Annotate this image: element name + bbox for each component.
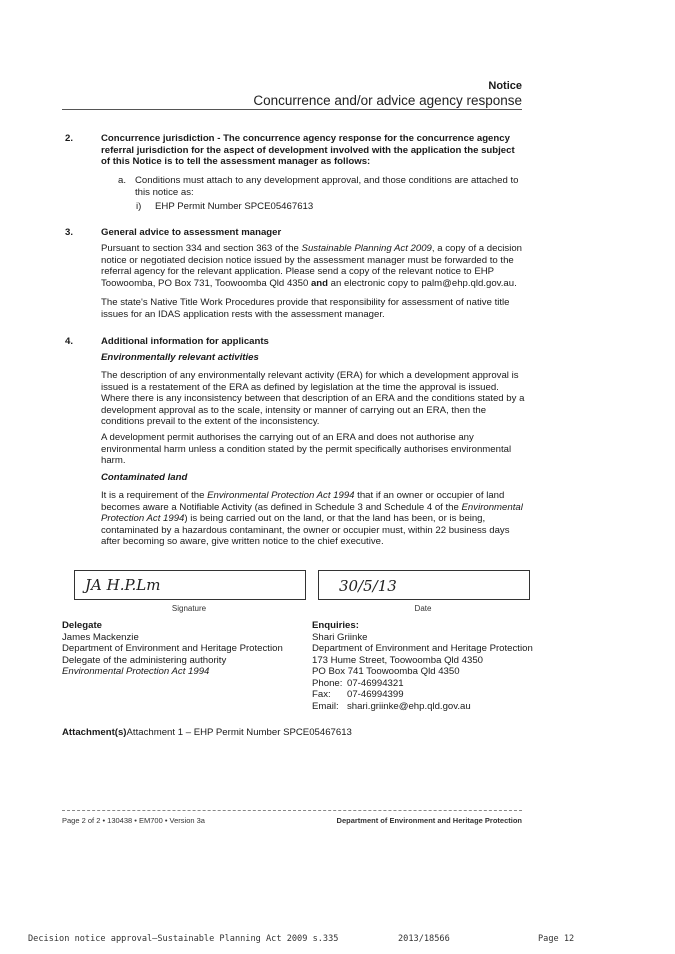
- permit-paragraph: A development permit authorises the carr…: [101, 432, 529, 467]
- section-3-paragraph-1: Pursuant to section 334 and section 363 …: [101, 243, 529, 289]
- date-value: 30/5/13: [339, 577, 397, 595]
- delegate-block: Delegate James Mackenzie Department of E…: [62, 620, 283, 678]
- section-2-heading: Concurrence jurisdiction - The concurren…: [101, 133, 526, 168]
- item-i-marker: i): [136, 201, 141, 213]
- fax-value: 07-46994399: [347, 689, 471, 701]
- delegate-department: Department of Environment and Heritage P…: [62, 643, 283, 655]
- attachments-line: Attachment(s)Attachment 1 – EHP Permit N…: [62, 727, 352, 739]
- email-label: Email:: [312, 701, 347, 713]
- signature-box: JA H.P.Lm: [74, 570, 306, 600]
- era-subheading: Environmentally relevant activities: [101, 352, 259, 364]
- section-4-heading: Additional information for applicants: [101, 336, 269, 348]
- signature-value: JA H.P.Lm: [85, 576, 160, 594]
- permit-reference: EHP Permit Number SPCE05467613: [155, 201, 313, 213]
- attachments-text: Attachment 1 – EHP Permit Number SPCE054…: [127, 727, 352, 738]
- enquiries-label: Enquiries:: [312, 620, 533, 632]
- section-3-paragraph-2: The state's Native Title Work Procedures…: [101, 297, 529, 320]
- item-a-text: Conditions must attach to any developmen…: [135, 175, 525, 198]
- section-2-number: 2.: [65, 133, 73, 144]
- footer-divider: [62, 810, 522, 811]
- section-3-number: 3.: [65, 227, 73, 238]
- delegate-act: Environmental Protection Act 1994: [62, 666, 283, 678]
- delegate-label: Delegate: [62, 620, 283, 632]
- notice-label: Notice: [488, 80, 522, 92]
- phone-label: Phone:: [312, 678, 347, 690]
- document-title: Concurrence and/or advice agency respons…: [253, 93, 522, 108]
- section-4-number: 4.: [65, 336, 73, 347]
- enquiries-block: Enquiries: Shari Griinke Department of E…: [312, 620, 533, 712]
- delegate-role: Delegate of the administering authority: [62, 655, 283, 667]
- email-value: shari.griinke@ehp.qld.gov.au: [347, 701, 471, 713]
- contaminated-land-subheading: Contaminated land: [101, 472, 187, 484]
- attachments-label: Attachment(s): [62, 727, 127, 738]
- item-a-marker: a.: [118, 175, 126, 187]
- page-footer-title: Decision notice approval—Sustainable Pla…: [28, 934, 338, 944]
- footer-page-info: Page 2 of 2 • 130438 • EM700 • Version 3…: [62, 816, 205, 825]
- date-box: 30/5/13: [318, 570, 530, 600]
- delegate-name: James Mackenzie: [62, 632, 283, 644]
- page-footer-reference: 2013/18566: [398, 934, 450, 944]
- header-divider: [62, 109, 522, 110]
- date-label: Date: [318, 604, 528, 613]
- era-paragraph: The description of any environmentally r…: [101, 370, 529, 428]
- contaminated-land-paragraph: It is a requirement of the Environmental…: [101, 490, 529, 548]
- enquiries-department: Department of Environment and Heritage P…: [312, 643, 533, 655]
- phone-value: 07-46994321: [347, 678, 471, 690]
- footer-department: Department of Environment and Heritage P…: [337, 816, 522, 825]
- fax-label: Fax:: [312, 689, 347, 701]
- section-3-heading: General advice to assessment manager: [101, 227, 281, 239]
- enquiries-po-box: PO Box 741 Toowoomba Qld 4350: [312, 666, 533, 678]
- signature-label: Signature: [74, 604, 304, 613]
- enquiries-name: Shari Griinke: [312, 632, 533, 644]
- page-footer-page: Page 12: [538, 934, 574, 944]
- enquiries-street: 173 Hume Street, Toowoomba Qld 4350: [312, 655, 533, 667]
